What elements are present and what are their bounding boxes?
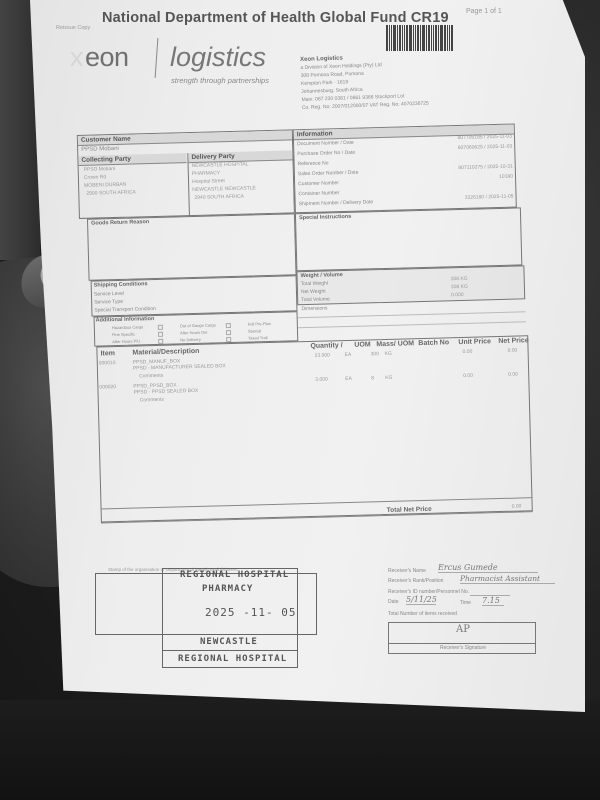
delivery-note-document: National Department of Health Global Fun… <box>30 0 585 712</box>
date-value: 5/11/25 <box>406 595 436 605</box>
item-uom: EA <box>345 376 352 382</box>
stamp-line: NEWCASTLE <box>200 637 258 647</box>
checkbox[interactable] <box>158 332 163 337</box>
divider <box>162 650 298 651</box>
barcode-icon <box>386 25 466 51</box>
shipping-row: Service Level <box>94 291 124 298</box>
col-item: Item <box>100 350 115 357</box>
items-received-label: Total Number of items received <box>388 611 457 617</box>
stamp-line: PHARMACY <box>202 584 253 594</box>
item-net-price: 0.00 <box>508 348 518 354</box>
receiver-rank-label: Receiver's Rank/Position <box>388 578 443 584</box>
information-value: 3326180 / 2025-11-05 <box>465 194 514 201</box>
dimensions-label: Dimensions <box>301 305 327 312</box>
checkbox[interactable] <box>226 323 231 328</box>
weight-value: 0.000 <box>451 292 464 298</box>
checkbox-label: Fine Specific <box>112 332 135 338</box>
weight-label: Total Weight <box>301 280 329 287</box>
item-number: 000020 <box>99 384 116 390</box>
collecting-line: MOBENI DURBAN <box>84 182 126 189</box>
weight-label: Net Weight <box>301 289 326 296</box>
weight-value: 308 KG <box>451 284 468 290</box>
item-quantity: 3.000 <box>315 377 328 383</box>
stamp-line: REGIONAL HOSPITAL <box>178 654 287 664</box>
collecting-line: PPSD Mobani <box>84 166 116 173</box>
item-uom: EA <box>345 352 352 358</box>
logo-x: x <box>70 42 84 73</box>
logo-tagline: strength through partnerships <box>171 76 269 85</box>
time-label: Time <box>460 600 471 606</box>
checkbox[interactable] <box>158 339 163 344</box>
col-batch: Batch No <box>418 339 449 347</box>
collecting-line: 2900 SOUTH AFRICA <box>86 189 136 196</box>
information-label: Reference No <box>298 160 329 167</box>
delivery-line: Hospital Street <box>192 178 225 185</box>
item-unit-price: 0.00 <box>463 349 473 355</box>
information-value: 10180 <box>499 174 513 180</box>
checkbox-label: After Hours P/U <box>112 338 140 344</box>
item-mass: 300 <box>371 351 379 357</box>
receiver-name-label: Receiver's Name <box>388 568 426 574</box>
stamp-line: REGIONAL HOSPITAL <box>180 570 289 580</box>
shipping-row: Service Type <box>94 299 123 306</box>
weight-box <box>296 265 525 305</box>
company-address: Xeon Logistics a Division of Xeon Holdin… <box>300 52 429 112</box>
weight-label: Total Volume <box>301 296 330 303</box>
information-label: Customer Number <box>298 180 339 187</box>
item-mass: 8 <box>371 375 374 381</box>
background-floor <box>0 700 600 800</box>
checkbox-label: Full Pre-Plan <box>248 321 271 327</box>
page-label: Page 1 of 1 <box>466 8 502 15</box>
logo-divider <box>155 38 159 78</box>
reissue-label: Reissue Copy <box>56 25 90 31</box>
item-number: 000010 <box>99 360 116 366</box>
item-unit-price: 0.00 <box>463 373 473 379</box>
stamp-date: 2025 -11- 05 <box>205 606 296 619</box>
item-comments: Comments <box>140 397 164 404</box>
document-title: National Department of Health Global Fun… <box>102 10 449 26</box>
checkbox[interactable] <box>226 337 231 342</box>
divider <box>298 321 526 328</box>
checkbox-label: Taxed Trail <box>248 335 267 341</box>
customer-value: PPSD Mobani <box>81 146 119 153</box>
delivery-line: 2940 SOUTH AFRICA <box>194 194 244 201</box>
checkbox-label: After Hours Del <box>180 330 207 336</box>
col-unit-price: Unit Price <box>458 338 491 346</box>
col-uom: UOM <box>354 341 371 348</box>
logo-eon: eon <box>85 42 129 73</box>
receiver-rank-value: Pharmacist Assistant <box>460 574 555 584</box>
col-mass: Mass/ UOM <box>376 340 414 348</box>
checkbox[interactable] <box>226 330 231 335</box>
weight-header: Weight / Volume <box>300 272 342 279</box>
weight-value: 308 KG <box>451 276 468 282</box>
checkbox-label: Special <box>248 328 261 333</box>
item-quantity: 23.000 <box>315 352 330 358</box>
logo-logistics: logistics <box>170 42 266 73</box>
receiver-signature: AP <box>456 624 470 635</box>
item-mass-uom: KG <box>385 375 392 381</box>
divider <box>298 311 526 318</box>
total-net-price-value: 0.00 <box>512 503 522 509</box>
col-net-price: Net Price <box>498 337 529 345</box>
checkbox[interactable] <box>158 325 163 330</box>
time-value: 7.15 <box>482 596 504 606</box>
checkbox-label: No Delivery <box>180 337 201 343</box>
col-quantity: Quantity / <box>310 342 342 350</box>
total-net-price-label: Total Net Price <box>387 506 432 514</box>
checkbox-label: Hazardous Cargo <box>112 324 143 330</box>
receiver-name-value: Ercus Gumede <box>438 563 538 573</box>
checkbox-label: Out of Gauge Cargo <box>180 322 216 328</box>
item-mass-uom: KG <box>385 351 392 357</box>
item-net-price: 0.00 <box>508 372 518 378</box>
signature-label: Receiver's Signature <box>440 645 486 651</box>
date-label: Date <box>388 599 399 605</box>
information-label: Container Number <box>298 190 339 197</box>
delivery-line: PHARMACY <box>192 170 220 177</box>
collecting-line: Crown Rd <box>84 174 106 181</box>
item-comments: Comments <box>139 373 163 380</box>
